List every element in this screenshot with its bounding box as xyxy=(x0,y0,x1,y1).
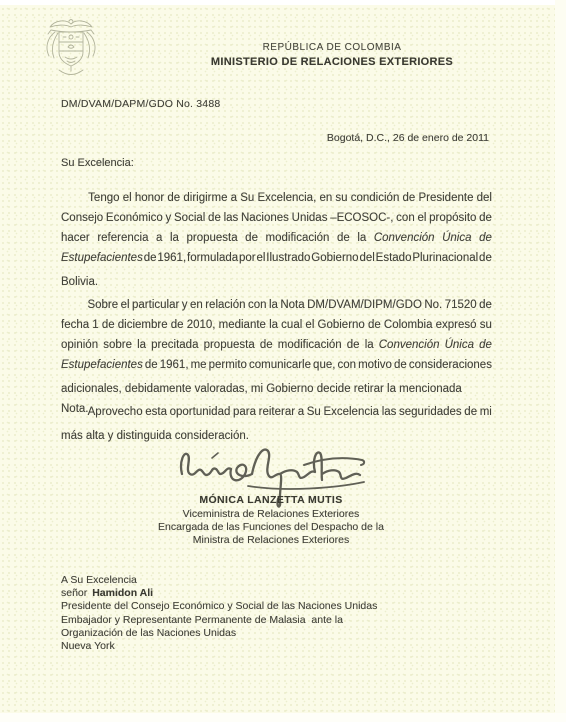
addressee-block: A Su Excelencia señor Hamidon Ali Presid… xyxy=(61,574,377,653)
scan-edge-right xyxy=(555,0,566,722)
addressee-name: Hamidon Ali xyxy=(92,587,153,599)
signer-title-line-1: Viceministra de Relaciones Exteriores xyxy=(96,508,446,521)
body-line: Bolivia. xyxy=(61,272,492,292)
addressee-city-line: Nueva York xyxy=(61,640,377,653)
signer-title-line-3: Ministra de Relaciones Exteriores xyxy=(96,534,446,547)
letterhead: REPÚBLICA DE COLOMBIA MINISTERIO DE RELA… xyxy=(167,42,497,68)
body-line: SobreelparticularyenrelaciónconlaNotaDM/… xyxy=(61,299,492,319)
salutation: Su Excelencia: xyxy=(61,157,134,169)
addressee-title-line-3: Organización de las Naciones Unidas xyxy=(61,627,377,640)
republic-line: REPÚBLICA DE COLOMBIA xyxy=(167,42,497,53)
body-line: fecha1dediciembrede2010,mediantelacualel… xyxy=(61,319,492,339)
body-line: Estupefacientesde1961,mepermitocomunicar… xyxy=(61,359,492,379)
body-line: más alta y distinguida consideración. xyxy=(61,426,492,446)
dateline: Bogotá, D.C., 26 de enero de 2011 xyxy=(0,132,489,144)
addressee-excellency-line: A Su Excelencia xyxy=(61,574,377,587)
addressee-title-line-1: Presidente del Consejo Económico y Socia… xyxy=(61,600,377,613)
body-line: ConsejoEconómicoySocialdelasNacionesUnid… xyxy=(61,212,492,232)
addressee-name-line: señor Hamidon Ali xyxy=(61,587,377,600)
addressee-title-line-2: Embajador y Representante Permanente de … xyxy=(61,614,377,627)
scan-edge-top xyxy=(0,0,566,5)
body-line: AprovechoestaoportunidadparareiteraraSuE… xyxy=(61,406,492,426)
body-paragraph: TengoelhonordedirigirmeaSuExcelencia,ens… xyxy=(61,192,492,292)
addressee-name-prefix: señor xyxy=(61,587,87,599)
ministry-line: MINISTERIO DE RELACIONES EXTERIORES xyxy=(167,56,497,68)
scan-edge-bottom xyxy=(0,713,566,722)
body-line: TengoelhonordedirigirmeaSuExcelencia,ens… xyxy=(61,192,492,212)
letter-page: REPÚBLICA DE COLOMBIA MINISTERIO DE RELA… xyxy=(0,0,566,722)
reference-number: DM/DVAM/DAPM/GDO No. 3488 xyxy=(61,98,220,110)
body-line: hacerreferenciaalapropuestademodificació… xyxy=(61,232,492,252)
signer-title-line-2: Encargada de las Funciones del Despacho … xyxy=(96,521,446,534)
body-line: adicionales, debidamente valoradas, mi G… xyxy=(61,379,492,399)
signer-name: MÓNICA LANZETTA MUTIS xyxy=(96,494,446,506)
body-line: Estupefacientesde1961,formuladaporelIlus… xyxy=(61,252,492,272)
body-paragraph: SobreelparticularyenrelaciónconlaNotaDM/… xyxy=(61,299,492,399)
letter-body: TengoelhonordedirigirmeaSuExcelencia,ens… xyxy=(61,192,492,453)
signer-block: MÓNICA LANZETTA MUTIS Viceministra de Re… xyxy=(96,494,446,547)
body-paragraph: AprovechoestaoportunidadparareiteraraSuE… xyxy=(61,406,492,446)
colombia-coat-of-arms-icon xyxy=(42,17,100,81)
body-line: opiniónsobrelaprecitadapropuestademodifi… xyxy=(61,339,492,359)
